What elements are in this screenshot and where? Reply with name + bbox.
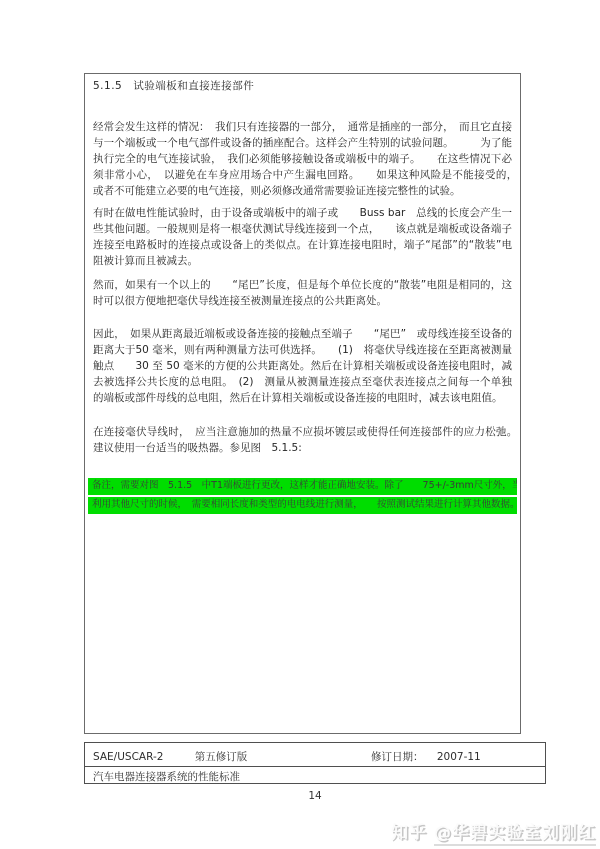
revision-label: 第五修订版 (195, 751, 248, 763)
watermark: 知乎 @华碧实验室刘刚红 (391, 818, 596, 843)
page-number: 14 (84, 790, 546, 802)
footer-title-row: SAE/USCAR-2 第五修订版 修订日期： 2007-11 (84, 742, 546, 767)
document-page: 5.1.5 试验端板和直接连接部件 经常会发生这样的情况： 我们只有连接器的一部… (0, 0, 600, 849)
standard-code: SAE/USCAR-2 (93, 751, 163, 763)
note-line-1: 备注，需要对图 5.1.5 中T1端板进行更改，这样才能正确地安装。除了 75+… (88, 478, 517, 495)
note-line-2: 利用其他尺寸的时候， 需要相同长度和类型的电电线进行测量， 按照测试结果进行计算… (88, 497, 517, 514)
paragraph-5: 在连接毫伏导线时， 应当注意施加的热量不应损坏镀层或使得任何连接部件的应力松弛。… (93, 424, 512, 456)
content-frame: 5.1.5 试验端板和直接连接部件 经常会发生这样的情况： 我们只有连接器的一部… (84, 73, 521, 734)
highlighted-note: 备注，需要对图 5.1.5 中T1端板进行更改，这样才能正确地安装。除了 75+… (88, 478, 517, 516)
page-footer: SAE/USCAR-2 第五修订版 修订日期： 2007-11 汽车电器连接器系… (84, 742, 546, 784)
watermark-handle: @华碧实验室刘刚红 (434, 823, 596, 846)
document-subtitle: 汽车电器连接器系统的性能标准 (93, 771, 240, 783)
revision-date: 修订日期： 2007-11 (371, 749, 481, 764)
paragraph-4: 因此， 如果从距离最近端板或设备连接的接触点至端子 “尾巴” 或母线连接至设备的… (93, 326, 512, 406)
revision-date-value: 2007-11 (437, 751, 481, 763)
paragraph-1: 经常会发生这样的情况： 我们只有连接器的一部分， 通常是插座的一部分， 而且它直… (93, 119, 512, 199)
paragraph-3: 然而，如果有一个以上的 “尾巴”长度，但是每个单位长度的“散装”电阻是相同的，这… (93, 277, 512, 309)
section-heading: 5.1.5 试验端板和直接连接部件 (93, 79, 512, 93)
paragraph-2: 有时在做电性能试验时，由于设备或端板中的端子或 Buss bar 总线的长度会产… (93, 205, 512, 269)
revision-date-label: 修订日期： (371, 751, 424, 763)
footer-subtitle-row: 汽车电器连接器系统的性能标准 (84, 767, 546, 784)
watermark-site-name: 知乎 (391, 823, 434, 843)
